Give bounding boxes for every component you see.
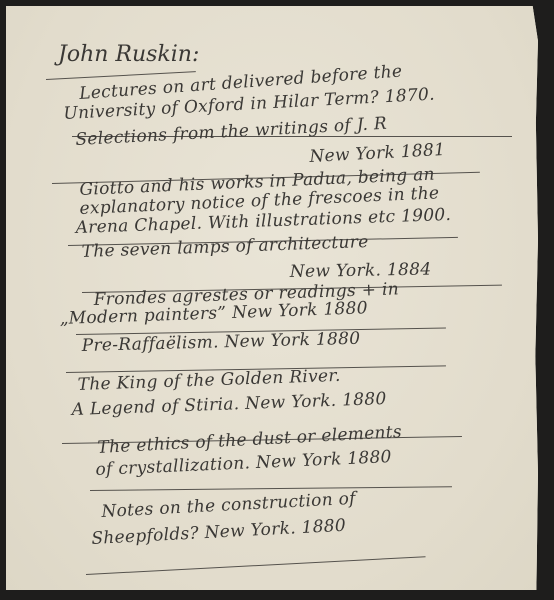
entry-4-line-2: New York. 1884	[290, 260, 432, 282]
heading: John Ruskin:	[58, 42, 199, 67]
